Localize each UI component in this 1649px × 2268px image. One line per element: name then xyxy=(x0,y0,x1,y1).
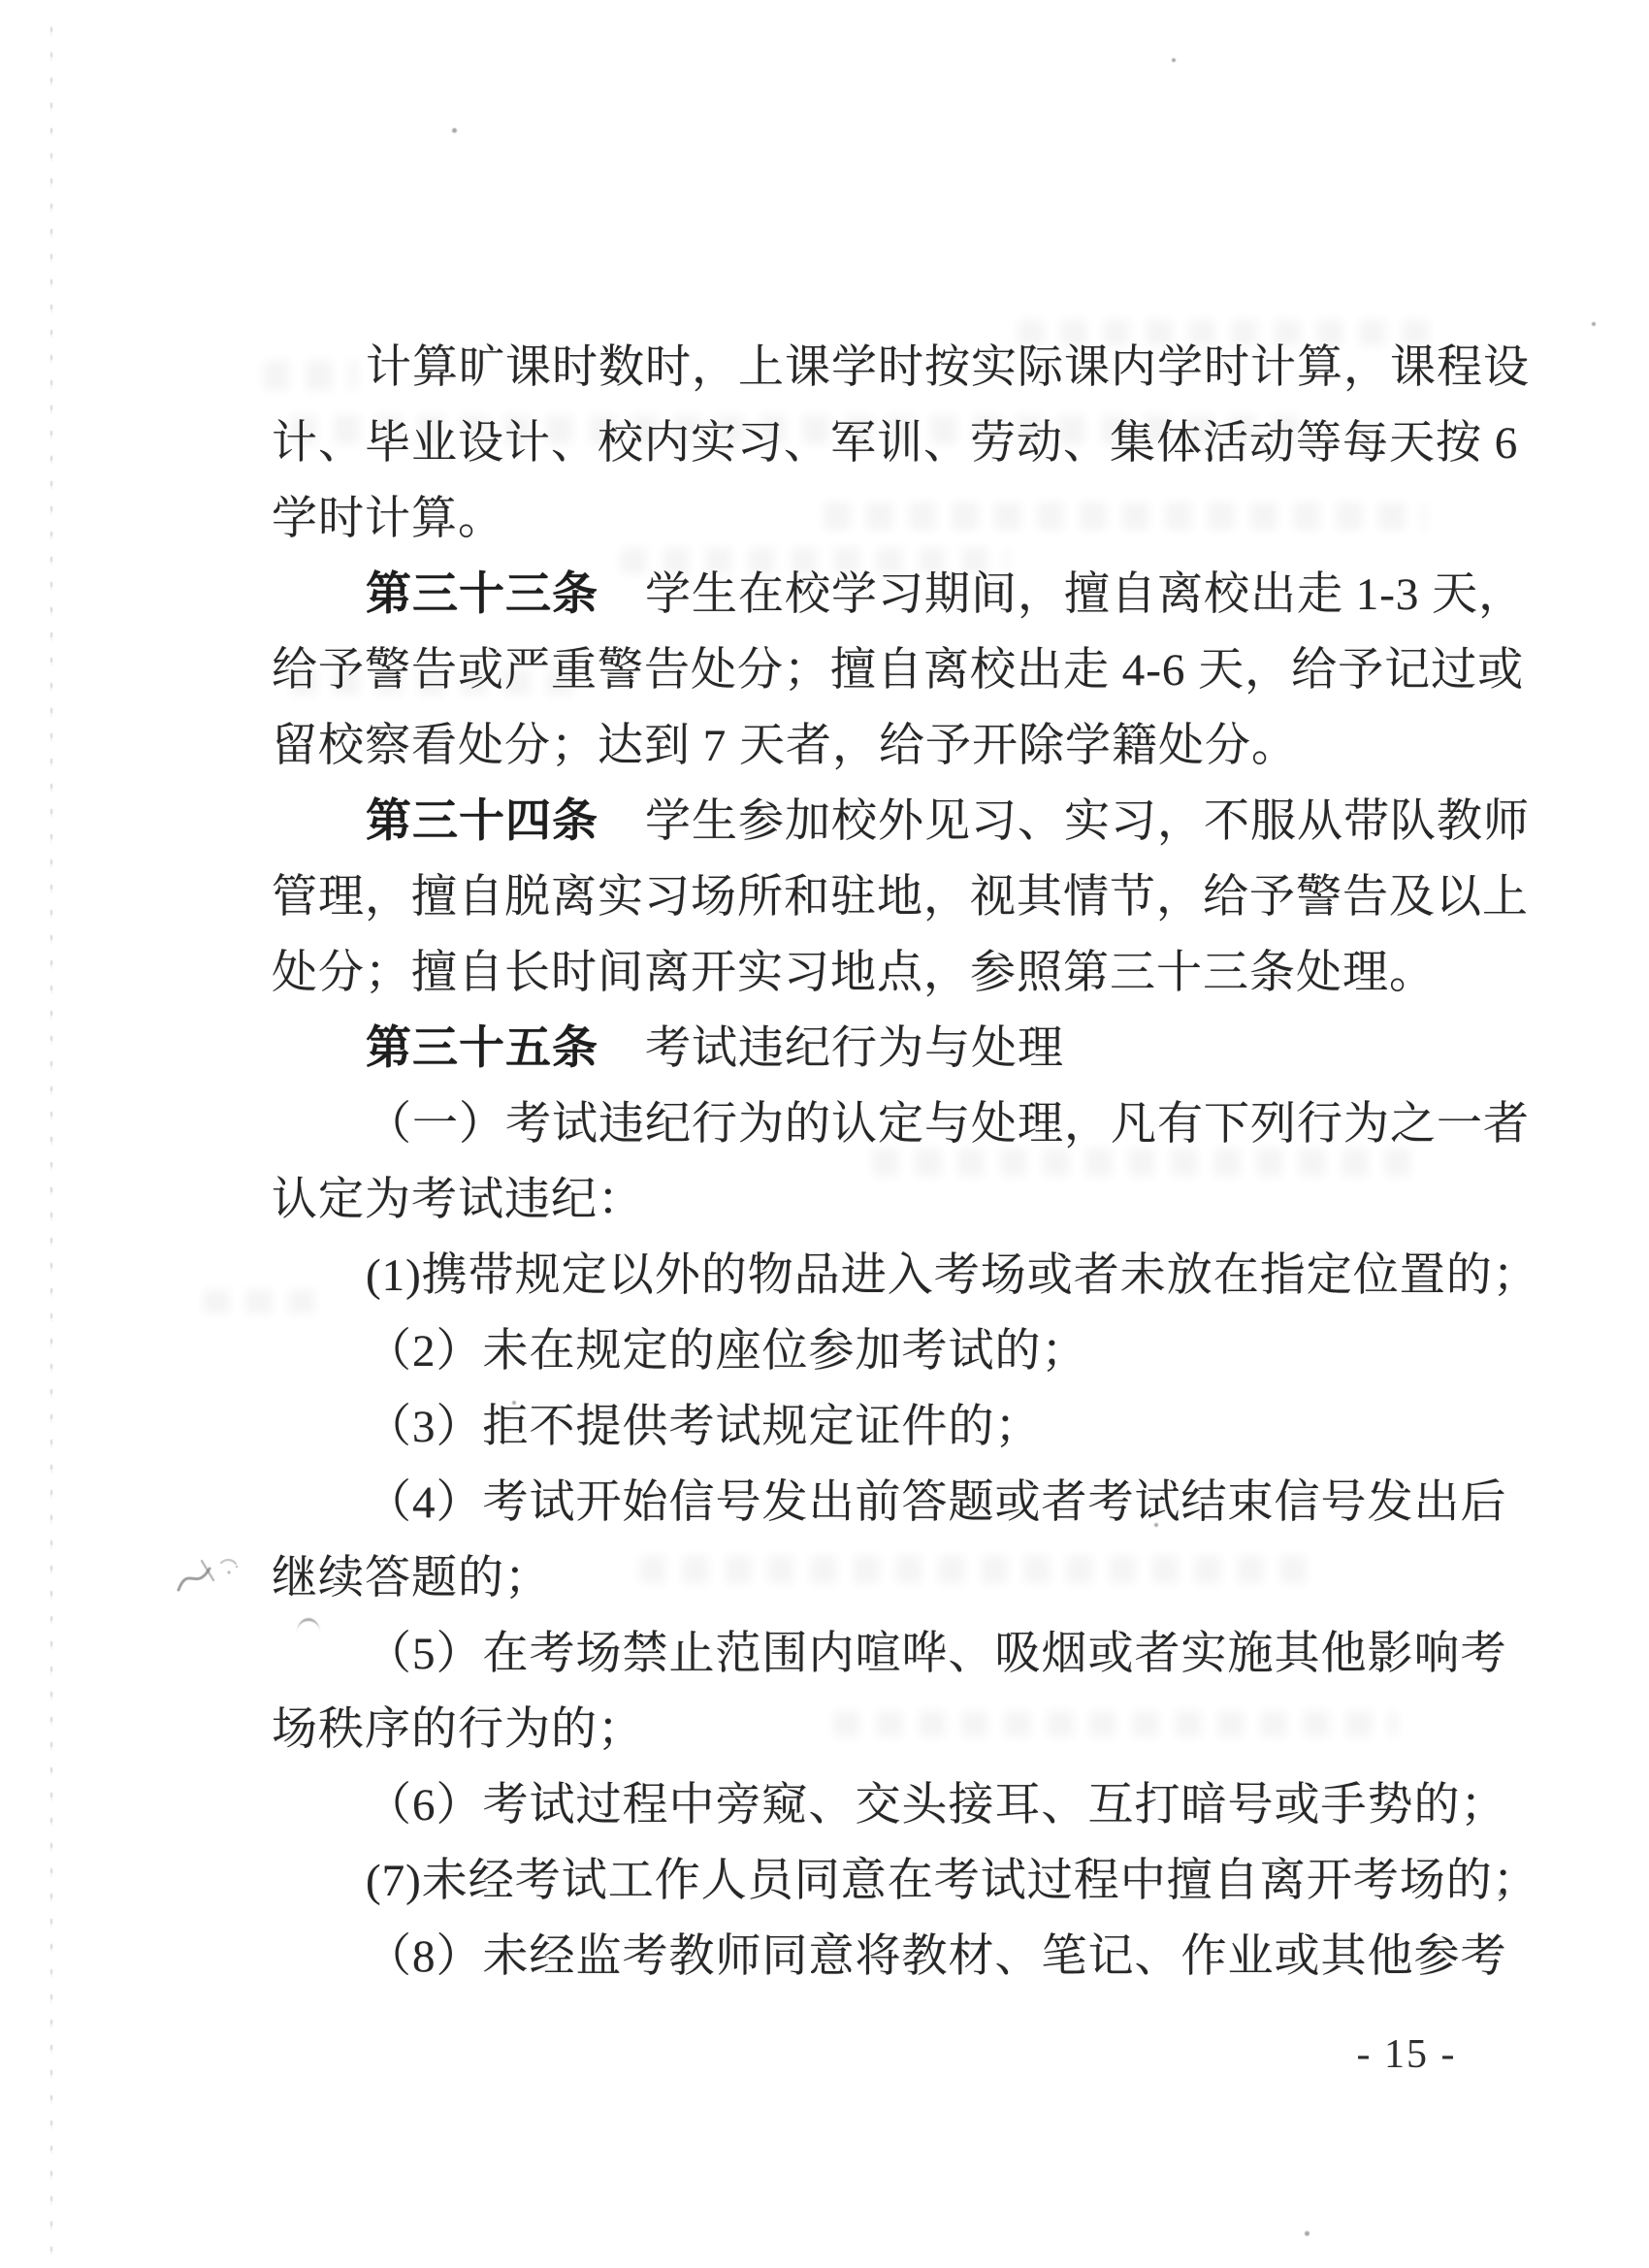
text-line: (7)未经考试工作人员同意在考试过程中擅自离开考场的； xyxy=(272,1843,1474,1919)
text-run: 学生在校学习期间，擅自离校出走 1-3 天， xyxy=(598,569,1525,620)
text-line: 处分；擅自长时间离开实习地点，参照第三十三条处理。 xyxy=(272,935,1474,1011)
text-run: （2）未在规定的座位参加考试的； xyxy=(366,1326,1088,1377)
text-line: 认定为考试违纪： xyxy=(272,1162,1474,1238)
text-run: （8）未经监考教师同意将教材、笔记、作业或其他参考 xyxy=(366,1931,1507,1982)
pencil-smudge-mark xyxy=(173,1547,270,1609)
text-line: 计、毕业设计、校内实习、军训、劳动、集体活动等每天按 6 xyxy=(272,405,1474,481)
text-run: 认定为考试违纪： xyxy=(272,1175,644,1225)
article-number: 第三十三条 xyxy=(366,569,598,620)
text-line: 继续答题的； xyxy=(272,1540,1474,1616)
text-run: 管理，擅自脱离实习场所和驻地，视其情节，给予警告及以上 xyxy=(272,872,1529,923)
text-run: 计、毕业设计、校内实习、军训、劳动、集体活动等每天按 6 xyxy=(272,418,1518,469)
text-line: 第三十五条 考试违纪行为与处理 xyxy=(272,1011,1474,1086)
scanned-document-page: 计算旷课时数时，上课学时按实际课内学时计算，课程设计、毕业设计、校内实习、军训、… xyxy=(0,0,1649,2268)
text-run: （一）考试违纪行为的认定与处理，凡有下列行为之一者 xyxy=(366,1099,1530,1150)
scan-speck xyxy=(1305,2231,1309,2236)
text-line: 管理，擅自脱离实习场所和驻地，视其情节，给予警告及以上 xyxy=(272,859,1474,935)
text-line: 计算旷课时数时，上课学时按实际课内学时计算，课程设 xyxy=(272,330,1474,405)
text-run: （3）拒不提供考试规定证件的； xyxy=(366,1402,1042,1452)
scan-speck xyxy=(1592,322,1596,326)
article-number: 第三十四条 xyxy=(366,796,598,847)
scan-speck xyxy=(1154,1523,1158,1527)
text-line: 留校察看处分；达到 7 天者，给予开除学籍处分。 xyxy=(272,708,1474,784)
text-run: 给予警告或严重警告处分；擅自离校出走 4-6 天，给予记过或 xyxy=(272,645,1524,696)
scan-speck xyxy=(1172,58,1176,62)
text-run: 处分；擅自长时间离开实习地点，参照第三十三条处理。 xyxy=(272,948,1436,998)
text-run: 学生参加校外见习、实习，不服从带队教师 xyxy=(598,796,1530,847)
text-run: 计算旷课时数时，上课学时按实际课内学时计算，课程设 xyxy=(366,342,1530,393)
page-number: - 15 - xyxy=(1309,2031,1503,2078)
document-text: 计算旷课时数时，上课学时按实际课内学时计算，课程设计、毕业设计、校内实习、军训、… xyxy=(272,330,1474,1994)
text-line: （2）未在规定的座位参加考试的； xyxy=(272,1313,1474,1389)
text-run: 继续答题的； xyxy=(272,1553,551,1604)
text-line: 给予警告或严重警告处分；擅自离校出走 4-6 天，给予记过或 xyxy=(272,632,1474,708)
text-line: （5）在考场禁止范围内喧哗、吸烟或者实施其他影响考 xyxy=(272,1616,1474,1692)
text-line: （8）未经监考教师同意将教材、笔记、作业或其他参考 xyxy=(272,1919,1474,1994)
text-line: （6）考试过程中旁窥、交头接耳、互打暗号或手势的； xyxy=(272,1767,1474,1843)
text-line: （4）考试开始信号发出前答题或者考试结束信号发出后 xyxy=(272,1465,1474,1540)
text-line: 场秩序的行为的； xyxy=(272,1692,1474,1767)
text-run: (7)未经考试工作人员同意在考试过程中擅自离开考场的； xyxy=(366,1856,1539,1906)
text-line: 学时计算。 xyxy=(272,481,1474,557)
scan-speck xyxy=(512,1401,516,1405)
text-line: (1)携带规定以外的物品进入考场或者未放在指定位置的； xyxy=(272,1238,1474,1313)
text-line: 第三十四条 学生参加校外见习、实习，不服从带队教师 xyxy=(272,784,1474,859)
text-line: （3）拒不提供考试规定证件的； xyxy=(272,1389,1474,1465)
text-run: 场秩序的行为的； xyxy=(272,1704,644,1755)
text-run: 考试违纪行为与处理 xyxy=(598,1023,1064,1074)
text-run: （6）考试过程中旁窥、交头接耳、互打暗号或手势的； xyxy=(366,1780,1507,1831)
text-run: (1)携带规定以外的物品进入考场或者未放在指定位置的； xyxy=(366,1250,1539,1301)
text-line: 第三十三条 学生在校学习期间，擅自离校出走 1-3 天， xyxy=(272,557,1474,632)
scan-edge-artifact xyxy=(50,27,52,2258)
article-number: 第三十五条 xyxy=(366,1023,598,1074)
text-run: （4）考试开始信号发出前答题或者考试结束信号发出后 xyxy=(366,1477,1507,1528)
text-run: 学时计算。 xyxy=(272,494,504,544)
scan-speck xyxy=(452,128,457,133)
scan-speck xyxy=(1499,1892,1503,1895)
text-line: （一）考试违纪行为的认定与处理，凡有下列行为之一者 xyxy=(272,1086,1474,1162)
text-run: 留校察看处分；达到 7 天者，给予开除学籍处分。 xyxy=(272,721,1298,771)
text-run: （5）在考场禁止范围内喧哗、吸烟或者实施其他影响考 xyxy=(366,1629,1507,1679)
